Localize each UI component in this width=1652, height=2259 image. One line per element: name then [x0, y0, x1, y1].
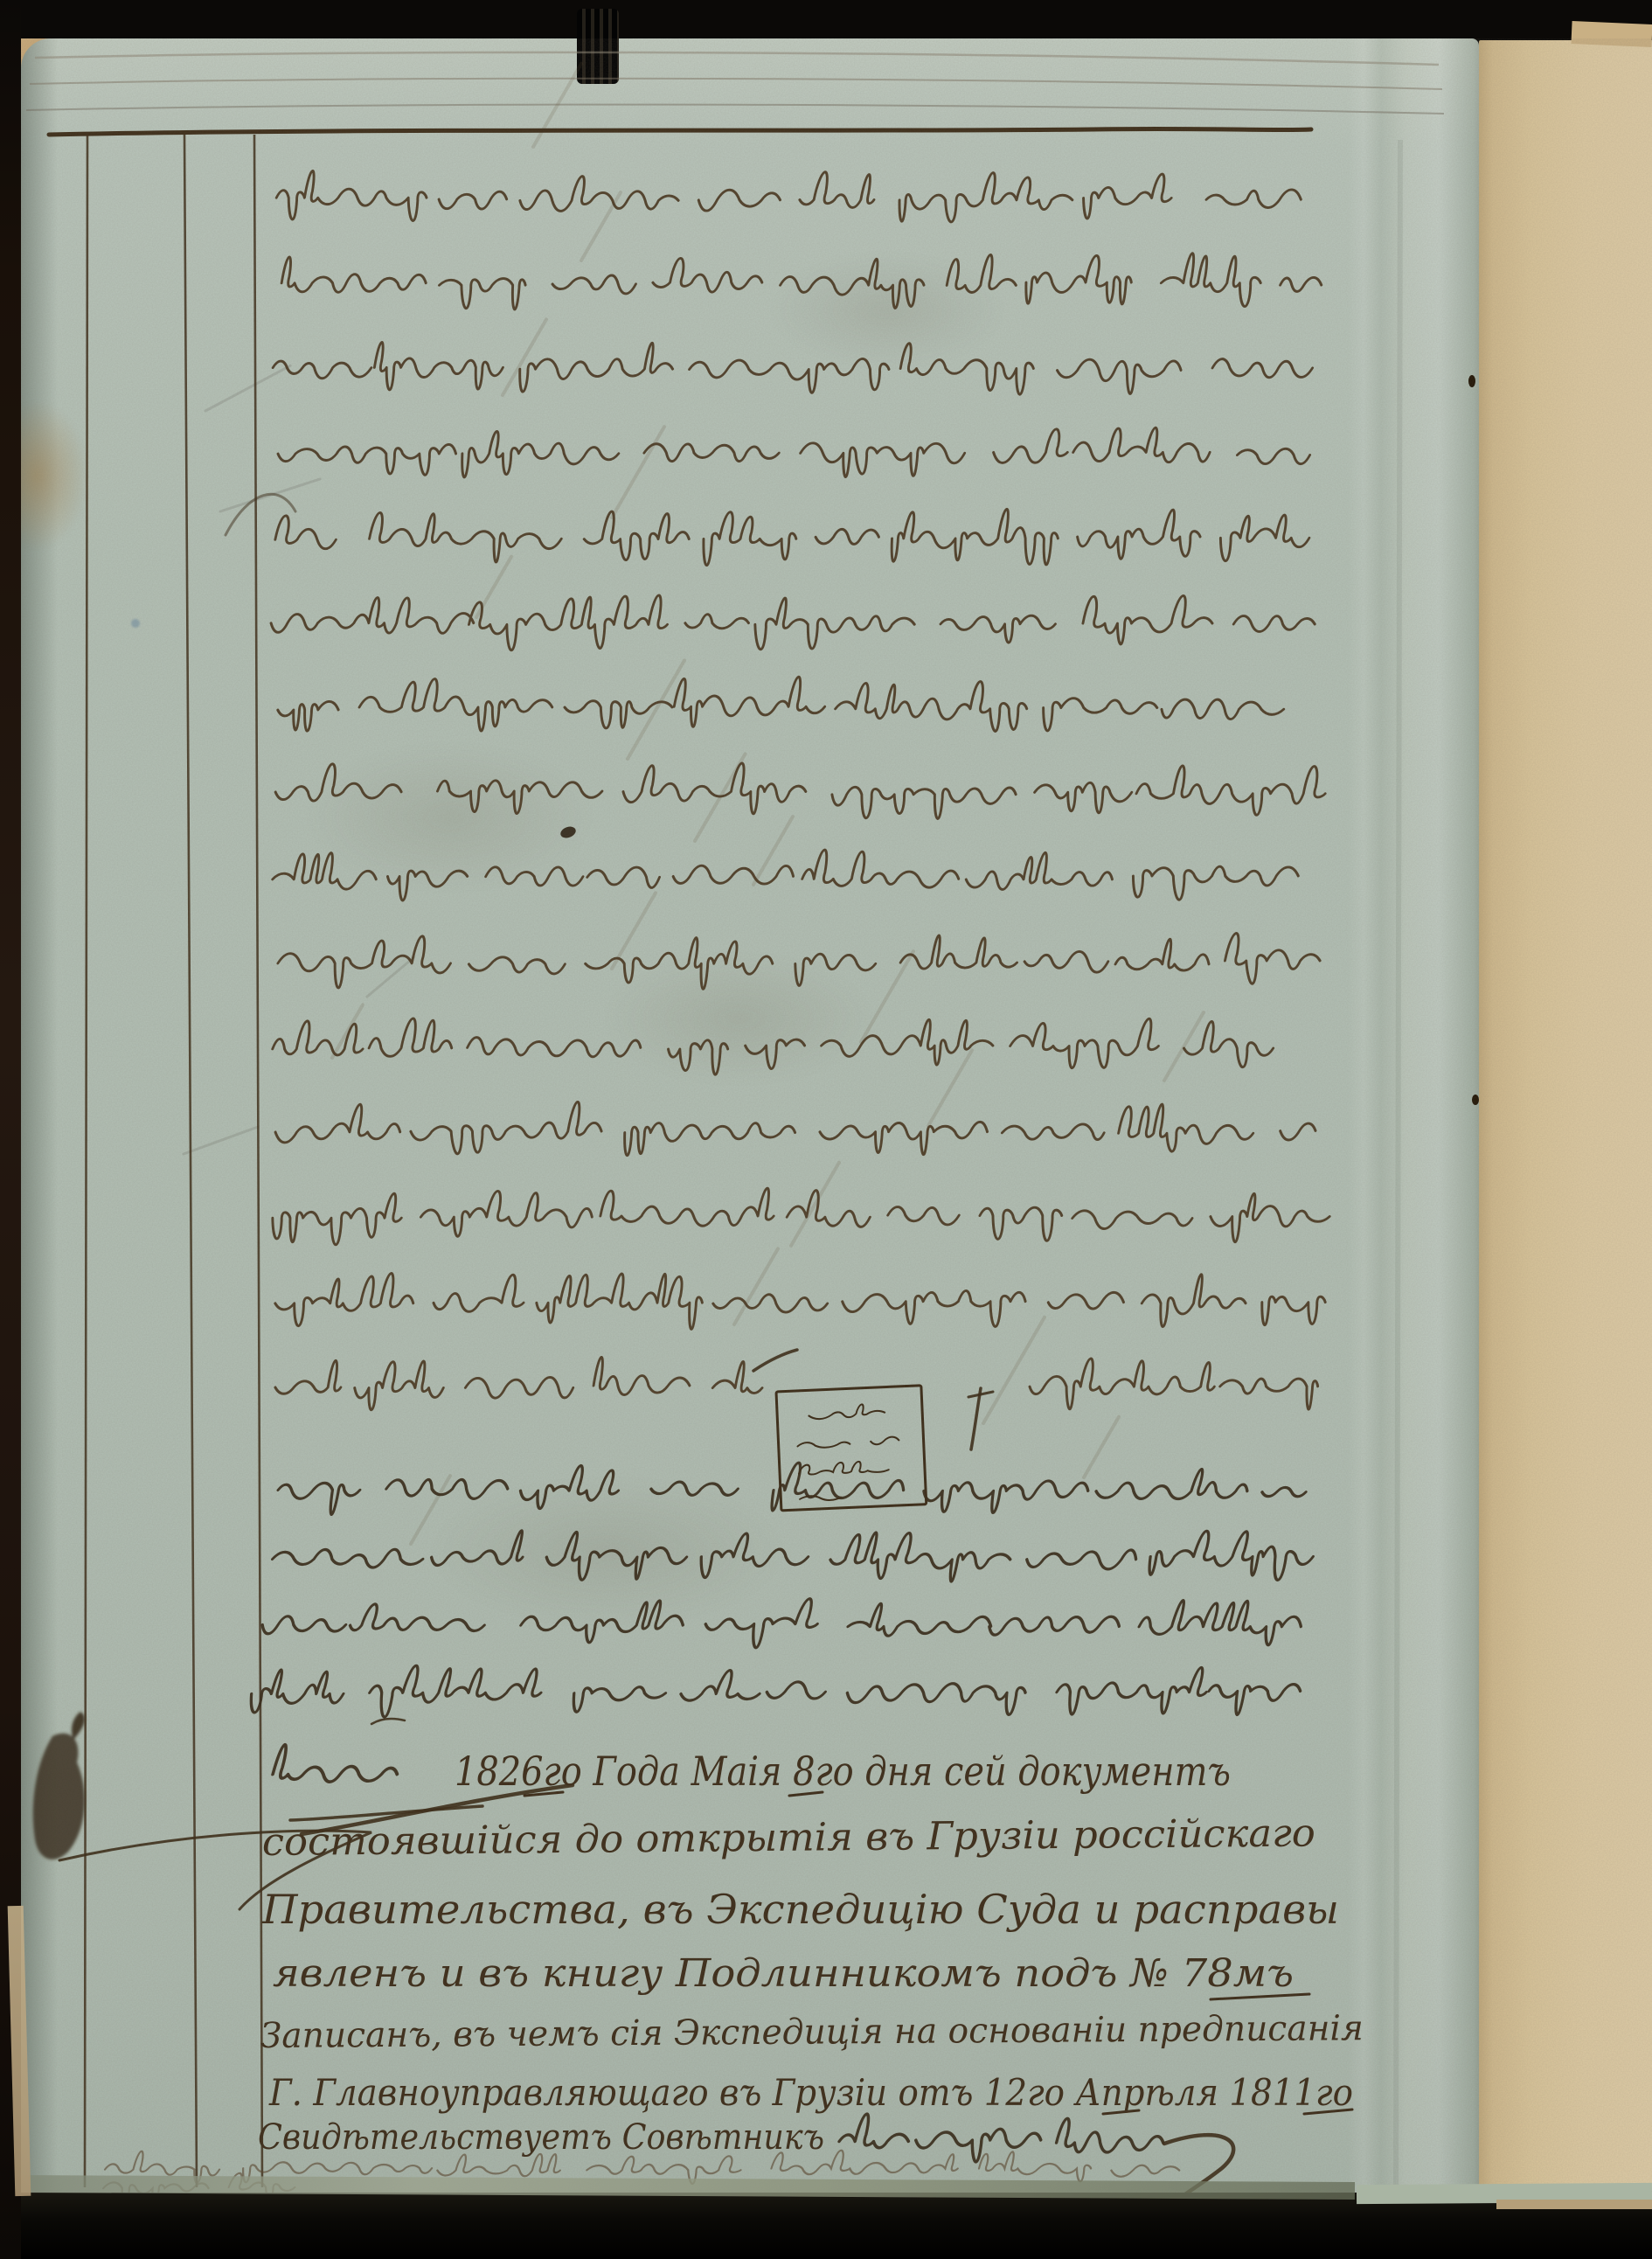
paper-grain — [21, 38, 1652, 2196]
manuscript-photo: 1826го Года Маія 8го дня сей документъ с… — [0, 0, 1652, 2259]
ink-layer: 1826го Года Маія 8го дня сей документъ с… — [0, 0, 1652, 2259]
bottom-right-tan-edge — [1496, 2200, 1652, 2209]
